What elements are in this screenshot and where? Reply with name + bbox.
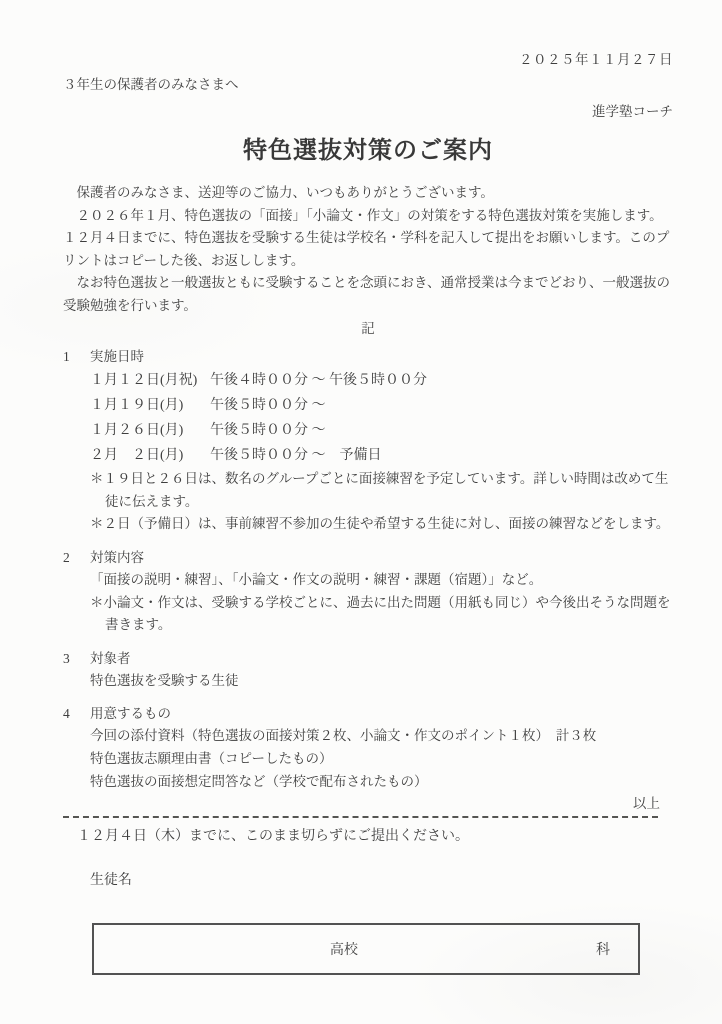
contents-note: ＊小論文・作文は、受験する学校ごとに、過去に出た問題（用紙も同じ）や今後出そうな…	[90, 592, 673, 615]
schedule-row: ２月 ２日(月)午後５時００分 ～ 予備日	[90, 443, 673, 468]
preparation-item-1: 今回の添付資料（特色選抜の面接対策２枚、小論文・作文のポイント１枚） 計３枚	[90, 725, 673, 748]
intro-line-1: 保護者のみなさま、送迎等のご協力、いつもありがとうございます。	[63, 182, 673, 205]
schedule-note-1: ＊１９日と２６日は、数名のグループごとに面接練習を予定しています。詳しい時間は改…	[90, 468, 673, 491]
intro-line-2: ２０２６年１月、特色選抜の「面接」「小論文・作文」の対策をする特色選抜対策を実施…	[63, 205, 673, 228]
section-heading: 2対策内容	[63, 546, 673, 569]
section-heading: 3対象者	[63, 647, 673, 670]
record-marker: 記	[63, 318, 673, 341]
page-title: 特色選抜対策のご案内	[63, 135, 673, 167]
section-contents: 2対策内容 「面接の説明・練習」、「小論文・作文の説明・練習・課題（宿題）」など…	[63, 546, 673, 637]
schedule-time: 午後５時００分 ～ 予備日	[210, 448, 382, 463]
section-number: 2	[63, 546, 90, 569]
cutoff-dashed-line	[63, 816, 658, 818]
intro-line-5: なお特色選抜と一般選抜ともに受験することを念頭におき、通常授業は今までどおり、一…	[63, 272, 673, 295]
section-items-to-prepare: 4用意するもの 今回の添付資料（特色選抜の面接対策２枚、小論文・作文のポイント１…	[63, 702, 673, 793]
preparation-item-2: 特色選抜志願理由書（コピーしたもの）	[90, 748, 673, 771]
school-name-blank-field	[94, 949, 330, 950]
closing-ijou: 以上	[63, 795, 673, 813]
section-heading: 1実施日時	[63, 345, 673, 368]
schedule-note-1-continued: 徒に伝えます。	[105, 491, 673, 514]
schedule-row: １月２６日(月)午後５時００分 ～	[90, 418, 673, 443]
schedule-time: 午後５時００分 ～	[210, 423, 326, 438]
department-suffix-label: 科	[596, 939, 610, 959]
schedule-date: ２月 ２日(月)	[90, 443, 210, 468]
schedule-date: １月１２日(月祝)	[90, 368, 210, 393]
target-description: 特色選抜を受験する生徒	[90, 670, 673, 693]
submission-instruction: １２月４日（木）までに、このまま切らずにご提出ください。	[63, 825, 673, 848]
schedule-note-2: ＊２日（予備日）は、事前練習不参加の生徒や希望する生徒に対し、面接の練習などをし…	[90, 513, 673, 536]
section-target-students: 3対象者 特色選抜を受験する生徒	[63, 647, 673, 693]
intro-paragraphs: 保護者のみなさま、送迎等のご協力、いつもありがとうございます。 ２０２６年１月、…	[63, 182, 673, 318]
scanned-notice-page: ２０２５年１１月２７日 ３年生の保護者のみなさまへ 進学塾コーチ 特色選抜対策の…	[0, 0, 722, 1024]
section-number: 3	[63, 647, 90, 670]
section-number: 1	[63, 345, 90, 368]
sender-name: 進学塾コーチ	[63, 102, 673, 122]
school-suffix-label: 高校	[330, 939, 358, 959]
student-name-label: 生徒名	[90, 869, 673, 892]
section-heading-label: 実施日時	[90, 349, 144, 364]
section-heading-label: 対策内容	[90, 550, 144, 565]
section-heading-label: 用意するもの	[90, 706, 171, 721]
schedule-date: １月２６日(月)	[90, 418, 210, 443]
recipient-line: ３年生の保護者のみなさまへ	[63, 75, 673, 95]
contents-description: 「面接の説明・練習」、「小論文・作文の説明・練習・課題（宿題）」など。	[90, 569, 673, 592]
section-heading-label: 対象者	[90, 651, 131, 666]
contents-note-continued: 書きます。	[105, 614, 673, 637]
section-heading: 4用意するもの	[63, 702, 673, 725]
schedule-row: １月１２日(月祝)午後４時００分 ～ 午後５時００分	[90, 368, 673, 393]
preparation-item-3: 特色選抜の面接想定問答など（学校で配布されたもの）	[90, 771, 673, 794]
schedule-date: １月１９日(月)	[90, 393, 210, 418]
document-date: ２０２５年１１月２７日	[63, 50, 673, 70]
intro-line-6: 受験勉強を行います。	[63, 295, 673, 318]
section-number: 4	[63, 702, 90, 725]
schedule-row: １月１９日(月)午後５時００分 ～	[90, 393, 673, 418]
schedule-time: 午後５時００分 ～	[210, 398, 326, 413]
schedule-time: 午後４時００分 ～ 午後５時００分	[210, 373, 427, 388]
intro-line-4: リントはコピーした後、お返しします。	[63, 250, 673, 273]
school-department-entry-box: 高校 科	[92, 923, 640, 975]
intro-line-3: １２月４日までに、特色選抜を受験する生徒は学校名・学科を記入して提出をお願いしま…	[63, 227, 673, 250]
section-implementation-datetime: 1実施日時 １月１２日(月祝)午後４時００分 ～ 午後５時００分 １月１９日(月…	[63, 345, 673, 536]
